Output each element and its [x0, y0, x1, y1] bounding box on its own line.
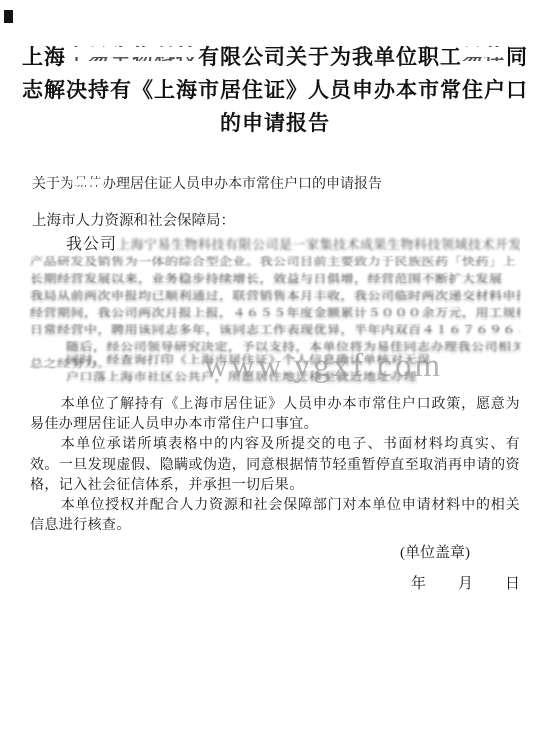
- site-watermark: www.ygxf.com: [204, 348, 443, 385]
- document-page: 上海宁易生物科技有限公司关于为我单位职工易佳同志解决持有《上海市居住证》人员申办…: [0, 0, 550, 748]
- date-line: 年月日: [0, 572, 550, 593]
- authorization-paragraph: 本单位授权并配合人力资源和社会保障部门对本单位申请材料中的相关信息进行核查。: [30, 496, 520, 536]
- subtitle-text: 关于为: [32, 177, 74, 192]
- body-text-block: 本单位了解持有《上海市居住证》人员申办本市常住户口政策，愿意为易佳办理居住证人员…: [30, 395, 520, 536]
- subtitle-person-name-redacted: 易佳: [74, 176, 102, 194]
- year-label: 年: [411, 576, 426, 592]
- title-person-name-redacted: 易佳: [462, 41, 506, 74]
- title-company-name-redacted: 宁易生物科技: [66, 41, 198, 74]
- policy-acknowledgement-paragraph: 本单位了解持有《上海市居住证》人员申办本市常住户口政策，愿意为易佳办理居住证人员…: [30, 395, 520, 435]
- unit-seal-note: (单位盖章): [0, 541, 550, 562]
- title-text: 上海: [22, 45, 66, 69]
- truthfulness-commitment-paragraph: 本单位承诺所填表格中的内容及所提交的电子、书面材料均真实、有效。一旦发现虚假、隐…: [30, 435, 520, 496]
- document-subtitle: 关于为易佳办理居住证人员申办本市常住户口的申请报告: [32, 176, 518, 194]
- salutation-line: 上海市人力资源和社会保障局：: [32, 212, 518, 231]
- document-title: 上海宁易生物科技有限公司关于为我单位职工易佳同志解决持有《上海市居住证》人员申办…: [22, 41, 528, 140]
- title-text: 有限公司关于为我单位职工: [198, 45, 462, 69]
- scan-artifact-mark: [4, 10, 13, 23]
- illegible-line: 产品研发及销售为一体的综合型企业。我公司目前主要致力于民族医药「快药」上: [30, 255, 520, 269]
- month-label: 月: [458, 576, 473, 592]
- subtitle-text: 办理居住证人员申办本市常住户口的申请报告: [102, 177, 382, 192]
- illegible-line: 我局从前两次申报均已顺利通过，联营销售本月丰收，我公司临时两次递交材料申报: [30, 289, 520, 303]
- illegible-text: 上海宁易生物科技有限公司是一家集技术成果生物科技领域技术开发、: [117, 237, 520, 252]
- illegible-line: 经营期间，我公司两次月报上报，４６５５年度金额累计５０００余万元，用工规模近百人…: [30, 306, 520, 320]
- illegible-line: 日常经营中，聘用该同志多年，该同志工作表现优异，半年内双百４１６７６９６５，获得…: [30, 323, 520, 337]
- day-label: 日: [505, 576, 520, 592]
- illegible-line: 长期经营发展以来，业务稳步持续增长，效益与日俱增，经营范围不断扩大发展: [30, 272, 520, 286]
- blurred-line: 我公司上海宁易生物科技有限公司是一家集技术成果生物科技领域技术开发、: [30, 236, 520, 255]
- paragraph-lead-text: 我公司: [66, 236, 117, 253]
